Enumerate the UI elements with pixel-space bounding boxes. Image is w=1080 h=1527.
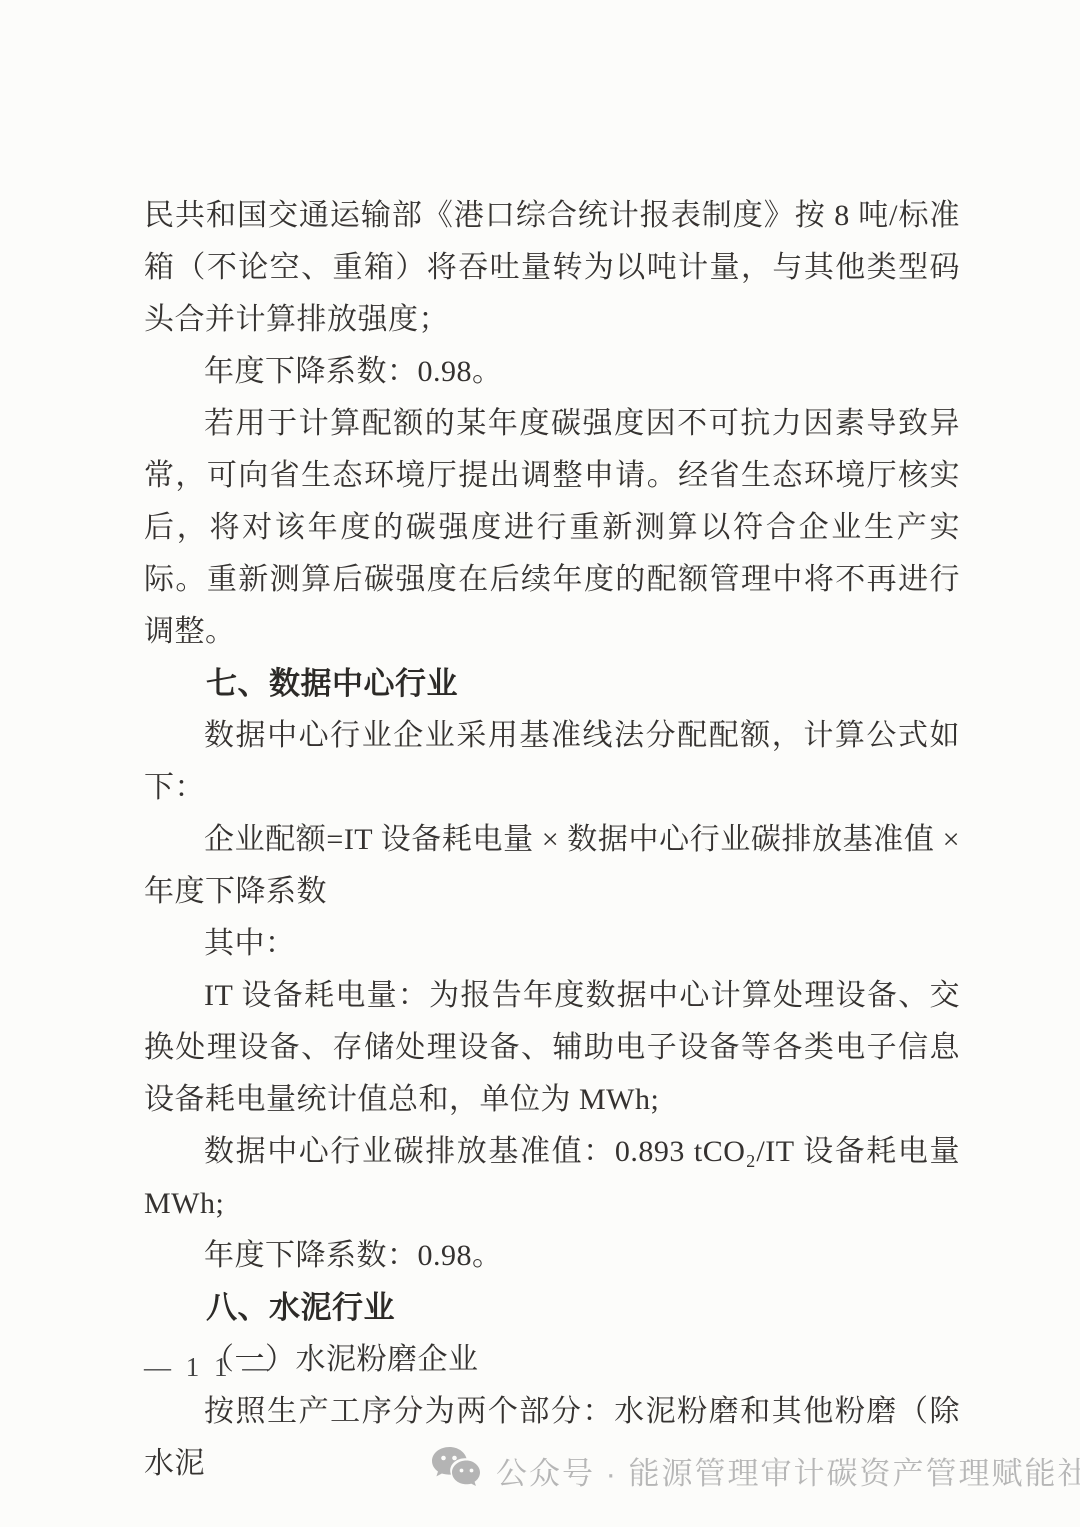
- paragraph: 民共和国交通运输部《港口综合统计报表制度》按 8 吨/标准箱（不论空、重箱）将吞…: [144, 190, 960, 346]
- paragraph: 年度下降系数：0.98。: [144, 1230, 960, 1282]
- section-heading: 七、数据中心行业: [144, 658, 960, 710]
- section-heading: 八、水泥行业: [144, 1282, 960, 1334]
- paragraph: 企业配额=IT 设备耗电量 × 数据中心行业碳排放基准值 × 年度下降系数: [144, 814, 960, 918]
- document-body: 民共和国交通运输部《港口综合统计报表制度》按 8 吨/标准箱（不论空、重箱）将吞…: [144, 190, 960, 1490]
- document-page: 民共和国交通运输部《港口综合统计报表制度》按 8 吨/标准箱（不论空、重箱）将吞…: [0, 0, 1080, 1527]
- watermark: 公众号 · 能源管理审计碳资产管理赋能社: [430, 1446, 1080, 1494]
- paragraph: 其中：: [144, 918, 960, 970]
- paragraph: 年度下降系数：0.98。: [144, 346, 960, 398]
- wechat-icon: [430, 1446, 482, 1494]
- paragraph: 数据中心行业碳排放基准值：0.893 tCO₂/IT 设备耗电量MWh;: [144, 1126, 960, 1230]
- watermark-text: 公众号 · 能源管理审计碳资产管理赋能社: [496, 1448, 1080, 1493]
- paragraph: 数据中心行业企业采用基准线法分配配额，计算公式如下：: [144, 710, 960, 814]
- paragraph: 若用于计算配额的某年度碳强度因不可抗力因素导致异常，可向省生态环境厅提出调整申请…: [144, 398, 960, 658]
- paragraph: IT 设备耗电量：为报告年度数据中心计算处理设备、交换处理设备、存储处理设备、辅…: [144, 970, 960, 1126]
- page-number: — 1 1 —: [144, 1352, 273, 1383]
